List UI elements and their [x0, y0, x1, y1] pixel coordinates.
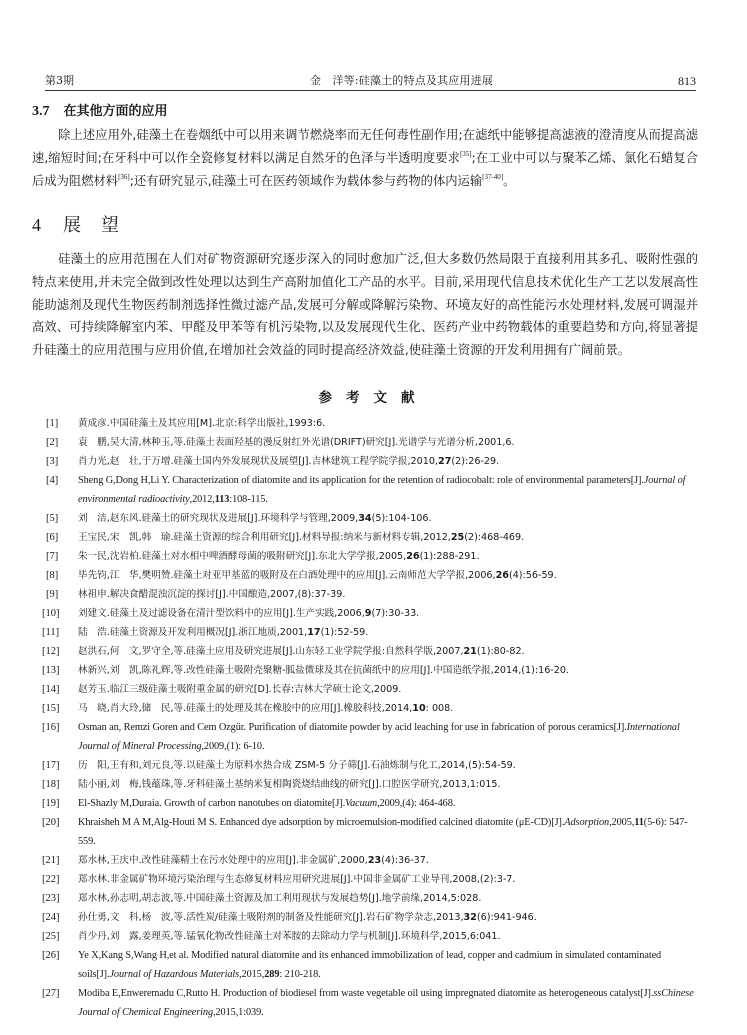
reference-pre: Khraisheh M A M,Alg-Houti M S. Enhanced …: [78, 817, 564, 828]
reference-pre: 陆 浩.硅藻土资源及开发利用概况[J].浙江地质,2001,: [78, 627, 307, 638]
reference-vol: 27: [438, 456, 451, 467]
reference-item: [9]林祖申.解决食醋混浊沉淀的探讨[J].中国酿造,2007,(8):37-3…: [32, 585, 702, 604]
reference-pre: 毕先钧,江 华,樊明赞.硅藻土对亚甲基蓝的吸附及在白酒处理中的应用[J].云南师…: [78, 570, 496, 581]
reference-item: [23]郑水林,孙志明,胡志波,等.中国硅藻土资源及加工利用现状与发展趋势[J]…: [32, 889, 702, 908]
reference-text: 林新兴,刘 凯,陈礼辉,等.改性硅藻土吸附壳聚糖-胍盐微球及其在抗菌纸中的应用[…: [78, 661, 702, 680]
reference-label: [10]: [42, 604, 70, 623]
reference-pre: 赵洪石,何 文,罗守全,等.硅藻土应用及研究进展[J].山东轻工业学院学报:自然…: [78, 646, 464, 657]
reference-mid: ,2015,1:039.: [213, 1007, 264, 1018]
reference-item: [26]Ye X,Kang S,Wang H,et al. Modified n…: [32, 946, 702, 984]
reference-post: (5):104-106.: [372, 513, 432, 524]
reference-post: :108-115.: [229, 494, 267, 505]
paragraph-text: 。: [503, 174, 515, 188]
reference-post: (6):941-946.: [477, 912, 537, 923]
issue-label: 第3期: [45, 72, 74, 90]
reference-item: [10]刘建文.硅藻土及过滤设备在清汁型饮料中的应用[J].生产实践,2006,…: [32, 604, 702, 623]
reference-post: (4):56-59.: [509, 570, 557, 581]
reference-item: [15]马 晓,肖大玲,储 民,等.硅藻土的处理及其在橡胶中的应用[J].橡胶科…: [32, 699, 702, 718]
reference-text: 袁 鹏,吴大清,林种玉,等.硅藻土表面羟基的漫反射红外光谱(DRIFT)研究[J…: [78, 433, 702, 452]
reference-label: [18]: [42, 775, 70, 794]
reference-mid: ,2005,: [609, 817, 634, 828]
reference-label: [22]: [42, 870, 70, 889]
paragraph-text: 硅藻土的应用范围在人们对矿物资源研究逐步深入的同时愈加广泛,但大多数仍然局限于直…: [32, 252, 698, 357]
reference-item: [17]历 阳,王有和,刘元良,等.以硅藻土为原料水热合成 ZSM-5 分子筛[…: [32, 756, 702, 775]
reference-text: 郑水林.非金属矿物环境污染治理与生态修复材料应用研究进展[J].中国非金属矿工业…: [78, 870, 702, 889]
reference-text: 王宝民,宋 凯,韩 瑜.硅藻土资源的综合利用研究[J].材料导报:纳米与新材料专…: [78, 528, 702, 547]
section-3-7-paragraph: 除上述应用外,硅藻土在卷烟纸中可以用来调节燃烧率而无任何毒性副作用;在滤纸中能够…: [32, 124, 698, 192]
reference-label: [2]: [46, 433, 74, 452]
reference-text: 陆小丽,刘 梅,钱蕴珠,等.牙科硅藻土基纳米复相陶瓷烧结曲线的研究[J].口腔医…: [78, 779, 501, 790]
reference-label: [26]: [42, 946, 70, 965]
reference-label: [13]: [42, 661, 70, 680]
reference-vol: 17: [307, 627, 320, 638]
reference-text: Osman an, Remzi Goren and Cem Ozgür. Pur…: [78, 718, 702, 756]
reference-label: [8]: [46, 566, 74, 585]
section-number: 4: [32, 215, 41, 235]
reference-text: 历 阳,王有和,刘元良,等.以硅藻土为原料水热合成 ZSM-5 分子筛[J].石…: [78, 760, 516, 771]
reference-text: 陆小丽,刘 梅,钱蕴珠,等.牙科硅藻土基纳米复相陶瓷烧结曲线的研究[J].口腔医…: [78, 775, 702, 794]
running-title: 金 洋等:硅藻土的特点及其应用进展: [310, 72, 493, 90]
reference-text: 毕先钧,江 华,樊明赞.硅藻土对亚甲基蓝的吸附及在白酒处理中的应用[J].云南师…: [78, 566, 702, 585]
paragraph-text: ;还有研究显示,硅藻土可在医药领域作为载体参与药物的体内运输: [130, 174, 482, 188]
reference-text: El-Shazly M,Duraia. Growth of carbon nan…: [78, 794, 702, 813]
reference-text: 林祖申.解决食醋混浊沉淀的探讨[J].中国酿造,2007,(8):37-39.: [78, 585, 702, 604]
reference-item: [7]朱一民,沈岩柏.硅藻土对水相中啤酒酵母菌的吸附研究[J].东北大学学报,2…: [32, 547, 702, 566]
reference-text: 袁 鹏,吴大清,林种玉,等.硅藻土表面羟基的漫反射红外光谱(DRIFT)研究[J…: [78, 437, 515, 448]
reference-text: 肖少丹,刘 露,姜理英,等.锰氧化物改性硅藻土对苯胺的去除动力学与机制[J].环…: [78, 927, 702, 946]
reference-list: [1]黄成彦.中国硅藻土及其应用[M].北京:科学出版社,1993:6.[2]袁…: [32, 414, 702, 1022]
reference-pre: Osman an, Remzi Goren and Cem Ozgür. Pur…: [78, 722, 627, 733]
reference-text: 郑水林,王庆中.改性硅藻精土在污水处理中的应用[J].非金属矿,2000,23(…: [78, 851, 702, 870]
reference-text: Khraisheh M A M,Alg-Houti M S. Enhanced …: [78, 813, 702, 851]
references-title: 参考文献: [0, 386, 747, 406]
reference-text: 黄成彦.中国硅藻土及其应用[M].北京:科学出版社,1993:6.: [78, 418, 325, 429]
reference-text: 林新兴,刘 凯,陈礼辉,等.改性硅藻土吸附壳聚糖-胍盐微球及其在抗菌纸中的应用[…: [78, 665, 569, 676]
reference-post: (2):26-29.: [451, 456, 499, 467]
reference-pre: 朱一民,沈岩柏.硅藻土对水相中啤酒酵母菌的吸附研究[J].东北大学学报,2005…: [78, 551, 406, 562]
reference-text: 林祖申.解决食醋混浊沉淀的探讨[J].中国酿造,2007,(8):37-39.: [78, 589, 345, 600]
reference-label: [14]: [42, 680, 70, 699]
reference-pre: 孙仕勇,文 科,杨 波,等.活性炭/硅藻土吸附剂的制备及性能研究[J].岩石矿物…: [78, 912, 464, 923]
reference-label: [9]: [46, 585, 74, 604]
reference-label: [12]: [42, 642, 70, 661]
reference-pre: 王宝民,宋 凯,韩 瑜.硅藻土资源的综合利用研究[J].材料导报:纳米与新材料专…: [78, 532, 451, 543]
reference-text: 赵芳玉.临江三级硅藻土吸附重金属的研究[D].长春:吉林大学硕士论文,2009.: [78, 680, 702, 699]
reference-vol: 10: [412, 703, 425, 714]
reference-vol: 25: [451, 532, 464, 543]
reference-item: [19]El-Shazly M,Duraia. Growth of carbon…: [32, 794, 702, 813]
reference-post: (2):468-469.: [464, 532, 524, 543]
section-heading-3-7: 3.7在其他方面的应用: [32, 103, 168, 121]
reference-item: [4]Sheng G,Dong H,Li Y. Characterization…: [32, 471, 702, 509]
reference-item: [18]陆小丽,刘 梅,钱蕴珠,等.牙科硅藻土基纳米复相陶瓷烧结曲线的研究[J]…: [32, 775, 702, 794]
reference-vol: 21: [464, 646, 477, 657]
reference-text: 历 阳,王有和,刘元良,等.以硅藻土为原料水热合成 ZSM-5 分子筛[J].石…: [78, 756, 702, 775]
reference-item: [25]肖少丹,刘 露,姜理英,等.锰氧化物改性硅藻土对苯胺的去除动力学与机制[…: [32, 927, 702, 946]
section-title: 在其他方面的应用: [64, 104, 168, 119]
reference-text: Modiba E,Enweremadu C,Rutto H. Productio…: [78, 984, 702, 1022]
reference-text: 肖力光,赵 壮,于万增.硅藻土国内外发展现状及展望[J].吉林建筑工程学院学报,…: [78, 452, 702, 471]
reference-vol: 26: [496, 570, 509, 581]
reference-label: [4]: [46, 471, 74, 490]
section-number: 3.7: [32, 104, 50, 119]
reference-item: [13]林新兴,刘 凯,陈礼辉,等.改性硅藻土吸附壳聚糖-胍盐微球及其在抗菌纸中…: [32, 661, 702, 680]
reference-mid: ,2012,: [190, 494, 215, 505]
reference-item: [6]王宝民,宋 凯,韩 瑜.硅藻土资源的综合利用研究[J].材料导报:纳米与新…: [32, 528, 702, 547]
reference-text: 郑水林,孙志明,胡志波,等.中国硅藻土资源及加工利用现状与发展趋势[J].地学前…: [78, 893, 481, 904]
reference-vol: 23: [368, 855, 381, 866]
reference-post: (1):52-59.: [321, 627, 369, 638]
reference-post: (1):288-291.: [420, 551, 480, 562]
reference-text: 朱一民,沈岩柏.硅藻土对水相中啤酒酵母菌的吸附研究[J].东北大学学报,2005…: [78, 547, 702, 566]
reference-label: [17]: [42, 756, 70, 775]
reference-item: [24]孙仕勇,文 科,杨 波,等.活性炭/硅藻土吸附剂的制备及性能研究[J].…: [32, 908, 702, 927]
reference-label: [6]: [46, 528, 74, 547]
reference-text: 赵芳玉.临江三级硅藻土吸附重金属的研究[D].长春:吉林大学硕士论文,2009.: [78, 684, 401, 695]
reference-mid: ,2015,: [239, 969, 264, 980]
reference-label: [3]: [46, 452, 74, 471]
reference-label: [21]: [42, 851, 70, 870]
reference-item: [12]赵洪石,何 文,罗守全,等.硅藻土应用及研究进展[J].山东轻工业学院学…: [32, 642, 702, 661]
section-title: 展望: [63, 215, 139, 236]
reference-item: [22]郑水林.非金属矿物环境污染治理与生态修复材料应用研究进展[J].中国非金…: [32, 870, 702, 889]
reference-post: (1):80-82.: [477, 646, 525, 657]
reference-item: [8]毕先钧,江 华,樊明赞.硅藻土对亚甲基蓝的吸附及在白酒处理中的应用[J].…: [32, 566, 702, 585]
reference-pre: 郑水林,王庆中.改性硅藻精土在污水处理中的应用[J].非金属矿,2000,: [78, 855, 368, 866]
reference-item: [27]Modiba E,Enweremadu C,Rutto H. Produ…: [32, 984, 702, 1022]
reference-post: (7):30-33.: [371, 608, 419, 619]
reference-mid: ,2009,(1): 6-10.: [201, 741, 264, 752]
citation[interactable]: [37-40]: [482, 173, 503, 181]
reference-pre: 马 晓,肖大玲,储 民,等.硅藻土的处理及其在橡胶中的应用[J].橡胶科技,20…: [78, 703, 412, 714]
reference-text: Sheng G,Dong H,Li Y. Characterization of…: [78, 471, 702, 509]
reference-item: [16]Osman an, Remzi Goren and Cem Ozgür.…: [32, 718, 702, 756]
reference-vol: 34: [358, 513, 371, 524]
reference-text: 刘 洁,赵东风.硅藻土的研究现状及进展[J].环境科学与管理,2009,34(5…: [78, 509, 702, 528]
reference-item: [3]肖力光,赵 壮,于万增.硅藻土国内外发展现状及展望[J].吉林建筑工程学院…: [32, 452, 702, 471]
reference-label: [20]: [42, 813, 70, 832]
reference-text: 黄成彦.中国硅藻土及其应用[M].北京:科学出版社,1993:6.: [78, 414, 702, 433]
running-header: 第3期 金 洋等:硅藻土的特点及其应用进展 813: [45, 72, 696, 90]
reference-label: [27]: [42, 984, 70, 1003]
page-number: 813: [678, 72, 696, 90]
reference-item: [1]黄成彦.中国硅藻土及其应用[M].北京:科学出版社,1993:6.: [32, 414, 702, 433]
reference-text: 郑水林,孙志明,胡志波,等.中国硅藻土资源及加工利用现状与发展趋势[J].地学前…: [78, 889, 702, 908]
reference-label: [11]: [42, 623, 70, 642]
reference-label: [25]: [42, 927, 70, 946]
reference-vol: 26: [406, 551, 419, 562]
reference-item: [21]郑水林,王庆中.改性硅藻精土在污水处理中的应用[J].非金属矿,2000…: [32, 851, 702, 870]
reference-item: [20]Khraisheh M A M,Alg-Houti M S. Enhan…: [32, 813, 702, 851]
reference-text: 郑水林.非金属矿物环境污染治理与生态修复材料应用研究进展[J].中国非金属矿工业…: [78, 874, 515, 885]
reference-pre: Modiba E,Enweremadu C,Rutto H. Productio…: [78, 988, 653, 999]
citation[interactable]: [36]: [118, 173, 130, 181]
header-rule: [45, 90, 696, 91]
reference-pre: 刘建文.硅藻土及过滤设备在清汁型饮料中的应用[J].生产实践,2006,: [78, 608, 365, 619]
reference-vol: 289: [264, 969, 279, 980]
reference-post: : 008.: [426, 703, 454, 714]
reference-text: 刘建文.硅藻土及过滤设备在清汁型饮料中的应用[J].生产实践,2006,9(7)…: [78, 604, 702, 623]
reference-pre: Sheng G,Dong H,Li Y. Characterization of…: [78, 475, 644, 486]
reference-text: Ye X,Kang S,Wang H,et al. Modified natur…: [78, 946, 702, 984]
reference-item: [11]陆 浩.硅藻土资源及开发利用概况[J].浙江地质,2001,17(1):…: [32, 623, 702, 642]
reference-text: 赵洪石,何 文,罗守全,等.硅藻土应用及研究进展[J].山东轻工业学院学报:自然…: [78, 642, 702, 661]
reference-item: [2]袁 鹏,吴大清,林种玉,等.硅藻土表面羟基的漫反射红外光谱(DRIFT)研…: [32, 433, 702, 452]
reference-label: [19]: [42, 794, 70, 813]
citation[interactable]: [35]: [460, 150, 472, 158]
reference-pre: 肖力光,赵 壮,于万增.硅藻土国内外发展现状及展望[J].吉林建筑工程学院学报,…: [78, 456, 438, 467]
journal-page: 第3期 金 洋等:硅藻土的特点及其应用进展 813 3.7在其他方面的应用 除上…: [0, 0, 747, 1035]
reference-vol: 113: [215, 494, 230, 505]
reference-item: [14]赵芳玉.临江三级硅藻土吸附重金属的研究[D].长春:吉林大学硕士论文,2…: [32, 680, 702, 699]
reference-mid: ,2009,(4): 464-468.: [377, 798, 455, 809]
reference-label: [5]: [46, 509, 74, 528]
reference-text: 孙仕勇,文 科,杨 波,等.活性炭/硅藻土吸附剂的制备及性能研究[J].岩石矿物…: [78, 908, 702, 927]
reference-item: [5]刘 洁,赵东风.硅藻土的研究现状及进展[J].环境科学与管理,2009,3…: [32, 509, 702, 528]
section-heading-4: 4展望: [32, 213, 139, 238]
reference-text: 肖少丹,刘 露,姜理英,等.锰氧化物改性硅藻土对苯胺的去除动力学与机制[J].环…: [78, 931, 501, 942]
reference-text: 陆 浩.硅藻土资源及开发利用概况[J].浙江地质,2001,17(1):52-5…: [78, 623, 702, 642]
reference-vol: 32: [464, 912, 477, 923]
reference-text: 马 晓,肖大玲,储 民,等.硅藻土的处理及其在橡胶中的应用[J].橡胶科技,20…: [78, 699, 702, 718]
reference-label: [23]: [42, 889, 70, 908]
reference-label: [1]: [46, 414, 74, 433]
reference-journal: Journal of Hazardous Materials: [109, 969, 239, 980]
reference-label: [15]: [42, 699, 70, 718]
reference-post: (4):36-37.: [381, 855, 429, 866]
section-4-paragraph: 硅藻土的应用范围在人们对矿物资源研究逐步深入的同时愈加广泛,但大多数仍然局限于直…: [32, 248, 698, 362]
reference-post: : 210-218.: [279, 969, 320, 980]
reference-vol: 11: [634, 817, 644, 828]
reference-label: [16]: [42, 718, 70, 737]
reference-pre: 刘 洁,赵东风.硅藻土的研究现状及进展[J].环境科学与管理,2009,: [78, 513, 358, 524]
reference-pre: El-Shazly M,Duraia. Growth of carbon nan…: [78, 798, 345, 809]
reference-journal: Vacuum: [345, 798, 377, 809]
reference-journal: Adsorption: [564, 817, 609, 828]
reference-label: [24]: [42, 908, 70, 927]
reference-label: [7]: [46, 547, 74, 566]
